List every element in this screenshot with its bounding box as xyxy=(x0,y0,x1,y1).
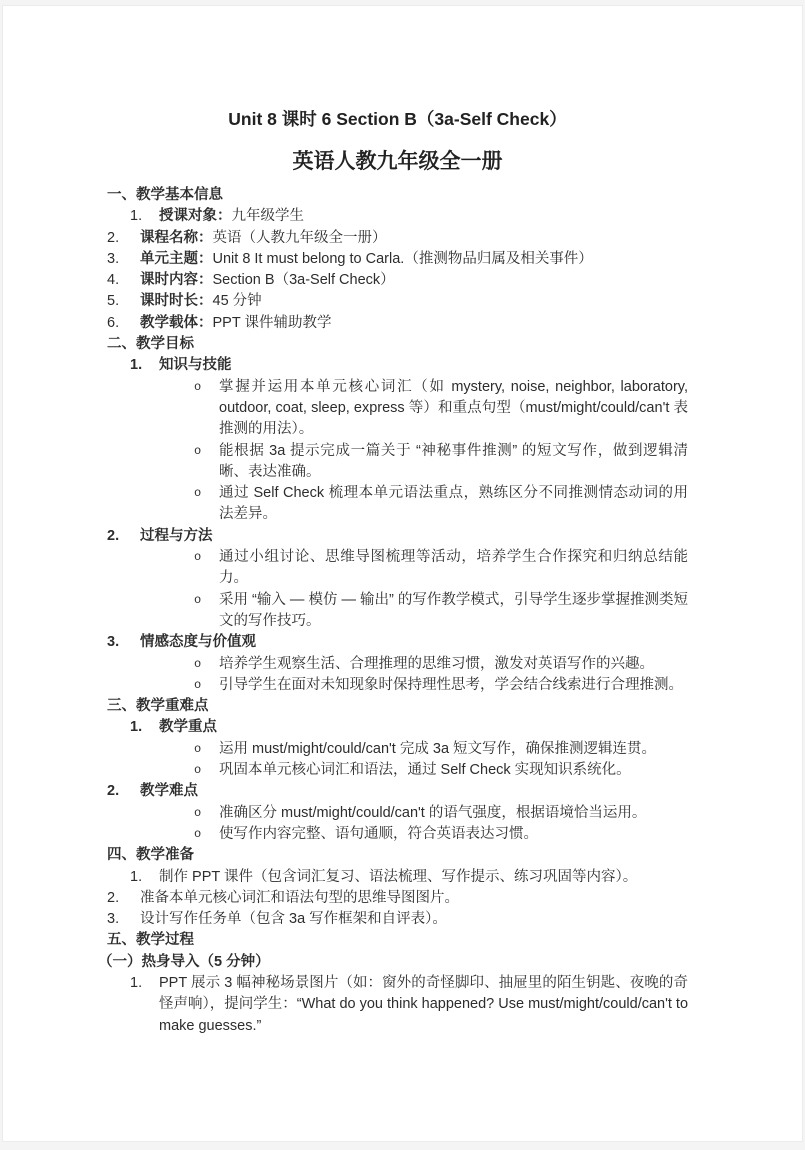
numbered-item: 3.设计写作任务单（包含 3a 写作框架和自评表）。 xyxy=(107,909,688,930)
item-number: 3. xyxy=(107,909,140,930)
item-number: 1. xyxy=(130,867,159,888)
numbered-item: 4.课时内容：Section B（3a-Self Check） xyxy=(107,270,688,291)
section-heading: 五、教学过程 xyxy=(107,930,688,951)
numbered-item: 6.教学载体：PPT 课件辅助教学 xyxy=(107,313,688,334)
item-text: 过程与方法 xyxy=(140,526,688,547)
bullet-marker-icon: o xyxy=(194,803,219,824)
bullet-text: 掌握并运用本单元核心词汇（如 mystery, noise, neighbor,… xyxy=(219,377,688,441)
bullet-marker-icon: o xyxy=(194,483,219,526)
item-text: 教学难点 xyxy=(140,781,688,802)
bullet-text: 准确区分 must/might/could/can't 的语气强度，根据语境恰当… xyxy=(219,803,688,824)
document-canvas: Unit 8 课时 6 Section B（3a-Self Check） 英语人… xyxy=(0,0,805,1150)
bullet-text: 引导学生在面对未知现象时保持理性思考，学会结合线索进行合理推测。 xyxy=(219,675,688,696)
bullet-item: o掌握并运用本单元核心词汇（如 mystery, noise, neighbor… xyxy=(194,377,688,441)
bullet-text: 巩固本单元核心词汇和语法，通过 Self Check 实现知识系统化。 xyxy=(219,760,688,781)
bullet-marker-icon: o xyxy=(194,824,219,845)
bullet-marker-icon: o xyxy=(194,675,219,696)
numbered-item: 2.准备本单元核心词汇和语法句型的思维导图图片。 xyxy=(107,888,688,909)
bullet-text: 培养学生观察生活、合理推理的思维习惯，激发对英语写作的兴趣。 xyxy=(219,654,688,675)
bullet-item: o引导学生在面对未知现象时保持理性思考，学会结合线索进行合理推测。 xyxy=(194,675,688,696)
item-text: 知识与技能 xyxy=(159,355,688,376)
bullet-item: o采用 “输入 — 模仿 — 输出” 的写作教学模式，引导学生逐步掌握推测类短文… xyxy=(194,590,688,633)
item-text: PPT 展示 3 幅神秘场景图片（如：窗外的奇怪脚印、抽屉里的陌生钥匙、夜晚的奇… xyxy=(159,973,688,1037)
numbered-item: 3.单元主题：Unit 8 It must belong to Carla.（推… xyxy=(107,249,688,270)
item-text: 课时时长：45 分钟 xyxy=(140,291,688,312)
item-number: 1. xyxy=(130,973,159,1037)
bullet-item: o巩固本单元核心词汇和语法，通过 Self Check 实现知识系统化。 xyxy=(194,760,688,781)
item-text: 情感态度与价值观 xyxy=(140,632,688,653)
section-heading: 四、教学准备 xyxy=(107,845,688,866)
bullet-text: 采用 “输入 — 模仿 — 输出” 的写作教学模式，引导学生逐步掌握推测类短文的… xyxy=(219,590,688,633)
doc-title-main: Unit 8 课时 6 Section B（3a-Self Check） xyxy=(107,106,688,132)
bullet-text: 运用 must/might/could/can't 完成 3a 短文写作，确保推… xyxy=(219,739,688,760)
item-text: 制作 PPT 课件（包含词汇复习、语法梳理、写作提示、练习巩固等内容）。 xyxy=(159,867,688,888)
bullet-marker-icon: o xyxy=(194,590,219,633)
item-text: 课时内容：Section B（3a-Self Check） xyxy=(140,270,688,291)
item-number: 2. xyxy=(107,228,140,249)
doc-body: 一、教学基本信息1.授课对象：九年级学生2.课程名称：英语（人教九年级全一册）3… xyxy=(107,185,688,1037)
bullet-marker-icon: o xyxy=(194,654,219,675)
item-number: 2. xyxy=(107,888,140,909)
bullet-item: o通过 Self Check 梳理本单元语法重点，熟练区分不同推测情态动词的用法… xyxy=(194,483,688,526)
bullet-text: 能根据 3a 提示完成一篇关于 “神秘事件推测” 的短文写作，做到逻辑清晰、表达… xyxy=(219,441,688,484)
item-text: 准备本单元核心词汇和语法句型的思维导图图片。 xyxy=(140,888,688,909)
item-number: 4. xyxy=(107,270,140,291)
bullet-marker-icon: o xyxy=(194,739,219,760)
item-number: 5. xyxy=(107,291,140,312)
numbered-item: 5.课时时长：45 分钟 xyxy=(107,291,688,312)
bullet-item: o使写作内容完整、语句通顺，符合英语表达习惯。 xyxy=(194,824,688,845)
document-page: Unit 8 课时 6 Section B（3a-Self Check） 英语人… xyxy=(2,5,803,1142)
numbered-item: 1.授课对象：九年级学生 xyxy=(130,206,688,227)
item-number: 1. xyxy=(130,206,159,227)
bullet-item: o通过小组讨论、思维导图梳理等活动，培养学生合作探究和归纳总结能力。 xyxy=(194,547,688,590)
item-number: 3. xyxy=(107,632,140,653)
bullet-item: o准确区分 must/might/could/can't 的语气强度，根据语境恰… xyxy=(194,803,688,824)
bullet-item: o能根据 3a 提示完成一篇关于 “神秘事件推测” 的短文写作，做到逻辑清晰、表… xyxy=(194,441,688,484)
item-text: 教学重点 xyxy=(159,717,688,738)
section-heading: 三、教学重难点 xyxy=(107,696,688,717)
item-number: 2. xyxy=(107,781,140,802)
item-text: 设计写作任务单（包含 3a 写作框架和自评表）。 xyxy=(140,909,688,930)
bullet-item: o培养学生观察生活、合理推理的思维习惯，激发对英语写作的兴趣。 xyxy=(194,654,688,675)
numbered-item: 2.课程名称：英语（人教九年级全一册） xyxy=(107,228,688,249)
numbered-item: 1.PPT 展示 3 幅神秘场景图片（如：窗外的奇怪脚印、抽屉里的陌生钥匙、夜晚… xyxy=(130,973,688,1037)
bullet-item: o运用 must/might/could/can't 完成 3a 短文写作，确保… xyxy=(194,739,688,760)
numbered-item: 1.制作 PPT 课件（包含词汇复习、语法梳理、写作提示、练习巩固等内容）。 xyxy=(130,867,688,888)
item-number: 2. xyxy=(107,526,140,547)
numbered-item: 2.过程与方法 xyxy=(107,526,688,547)
numbered-item: 2.教学难点 xyxy=(107,781,688,802)
bullet-marker-icon: o xyxy=(194,377,219,441)
item-number: 1. xyxy=(130,717,159,738)
item-text: 授课对象：九年级学生 xyxy=(159,206,688,227)
section-heading: 一、教学基本信息 xyxy=(107,185,688,206)
bullet-text: 通过小组讨论、思维导图梳理等活动，培养学生合作探究和归纳总结能力。 xyxy=(219,547,688,590)
item-text: 课程名称：英语（人教九年级全一册） xyxy=(140,228,688,249)
bullet-marker-icon: o xyxy=(194,547,219,590)
item-text: 教学载体：PPT 课件辅助教学 xyxy=(140,313,688,334)
item-number: 3. xyxy=(107,249,140,270)
bullet-text: 使写作内容完整、语句通顺，符合英语表达习惯。 xyxy=(219,824,688,845)
item-text: 单元主题：Unit 8 It must belong to Carla.（推测物… xyxy=(140,249,688,270)
item-number: 6. xyxy=(107,313,140,334)
sub-section-heading: （一）热身导入（5 分钟） xyxy=(98,952,688,973)
numbered-item: 3.情感态度与价值观 xyxy=(107,632,688,653)
section-heading: 二、教学目标 xyxy=(107,334,688,355)
bullet-text: 通过 Self Check 梳理本单元语法重点，熟练区分不同推测情态动词的用法差… xyxy=(219,483,688,526)
item-number: 1. xyxy=(130,355,159,376)
numbered-item: 1.教学重点 xyxy=(130,717,688,738)
bullet-marker-icon: o xyxy=(194,760,219,781)
numbered-item: 1.知识与技能 xyxy=(130,355,688,376)
doc-title-sub: 英语人教九年级全一册 xyxy=(107,146,688,178)
bullet-marker-icon: o xyxy=(194,441,219,484)
